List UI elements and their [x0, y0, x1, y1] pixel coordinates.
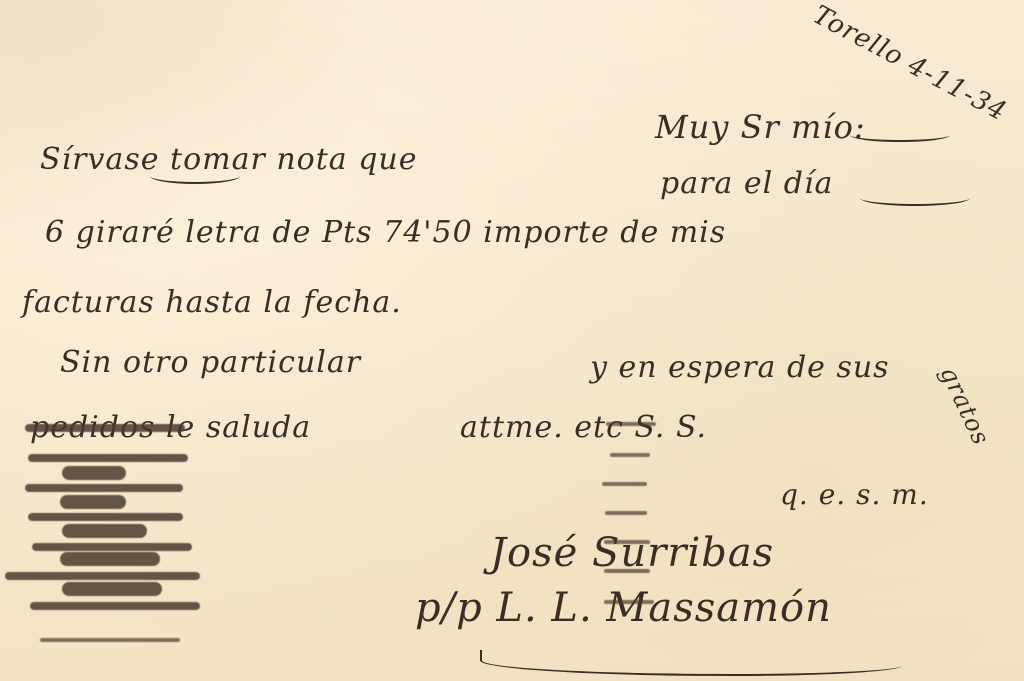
body-line-4: Sin otro particular	[60, 345, 361, 380]
cancel-bar	[602, 482, 647, 486]
body-line-1b: para el día	[660, 166, 833, 201]
signature-flourish	[480, 650, 902, 676]
cancel-bar	[604, 540, 650, 544]
body-line-3: facturas hasta la fecha.	[22, 285, 402, 320]
body-line-4b: y en espera de sus	[590, 350, 890, 385]
cancel-bar	[62, 524, 147, 538]
salutation: Muy Sr mío:	[655, 108, 866, 146]
flourish-mio	[850, 128, 950, 142]
cancel-bar	[30, 602, 200, 610]
body-line-5b: attme. etc S. S.	[460, 410, 707, 445]
cancel-bar	[60, 495, 126, 509]
cancel-bar	[606, 422, 656, 426]
postcard: Torello 4-11-34 Muy Sr mío: Sírvase toma…	[0, 0, 1024, 681]
cancel-bar	[5, 572, 200, 580]
cancel-bar	[610, 453, 650, 457]
cancel-bar	[28, 513, 183, 521]
cancel-bar	[60, 552, 160, 566]
cancel-bar	[604, 569, 650, 573]
closing-abbreviation: q. e. s. m.	[780, 478, 929, 511]
cancel-bar	[32, 543, 192, 551]
cancel-bar	[62, 582, 162, 596]
cancel-bar	[28, 454, 188, 462]
signature-proxy: p/p L. L. Massamón	[415, 585, 832, 631]
body-line-2: 6 giraré letra de Pts 74'50 importe de m…	[45, 215, 726, 250]
cancel-bar	[604, 600, 654, 604]
flourish-dia	[860, 190, 970, 206]
cancel-bar	[25, 424, 185, 432]
cancel-bar	[605, 511, 647, 515]
cancel-bar	[25, 484, 183, 492]
flourish-sirvase	[150, 168, 240, 184]
cancel-bar	[40, 638, 180, 642]
body-word-gratos: gratos	[935, 362, 996, 450]
cancel-bar	[62, 466, 126, 480]
